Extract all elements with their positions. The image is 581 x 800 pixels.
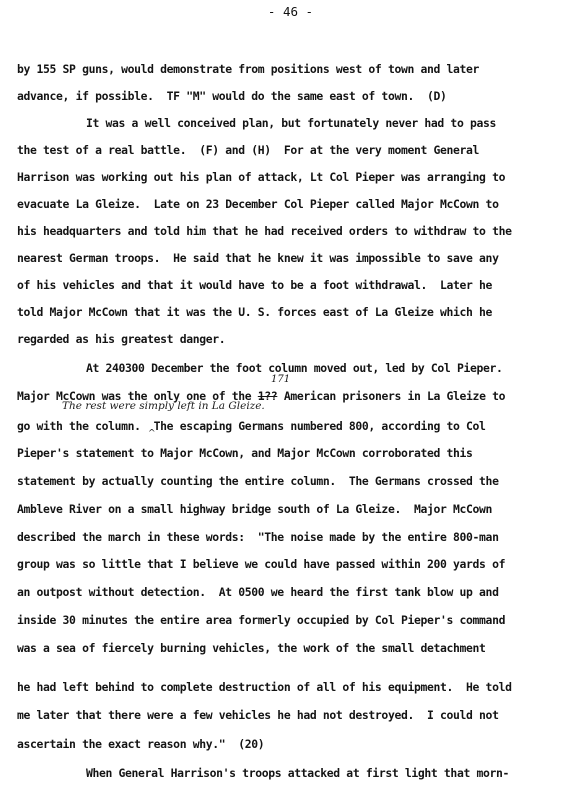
line-segment: American prisoners in La Gleize to — [277, 389, 505, 403]
handwritten-insert: The rest were simply left in La Gleize. — [62, 400, 265, 412]
text-line: Ambleve River on a small highway bridge … — [17, 502, 492, 516]
text-line: his headquarters and told him that he ha… — [17, 224, 512, 238]
text-line: statement by actually counting the entir… — [17, 474, 499, 488]
text-line: regarded as his greatest danger. — [17, 332, 225, 346]
text-line: by 155 SP guns, would demonstrate from p… — [17, 62, 479, 76]
text-line: inside 30 minutes the entire area former… — [17, 613, 505, 627]
paragraph-start-line: At 240300 December the foot column moved… — [86, 361, 503, 375]
text-line: advance, if possible. TF "M" would do th… — [17, 89, 447, 103]
text-line: group was so little that I believe we co… — [17, 557, 505, 571]
text-line: evacuate La Gleize. Late on 23 December … — [17, 197, 499, 211]
paragraph-start-line: It was a well conceived plan, but fortun… — [86, 116, 496, 130]
handwritten-number-correction: 171 — [271, 374, 290, 385]
text-line: ascertain the exact reason why." (20) — [17, 737, 264, 751]
document-page: - 46 - by 155 SP guns, would demonstrate… — [0, 0, 581, 800]
page-number: - 46 - — [0, 4, 581, 19]
text-line: told Major McCown that it was the U. S. … — [17, 305, 492, 319]
text-line: nearest German troops. He said that he k… — [17, 251, 499, 265]
text-line: go with the column. The escaping Germans… — [17, 419, 486, 433]
text-line: described the march in these words: "The… — [17, 530, 499, 544]
text-line: Pieper's statement to Major McCown, and … — [17, 446, 473, 460]
text-line: an outpost without detection. At 0500 we… — [17, 585, 499, 599]
text-line: was a sea of fiercely burning vehicles, … — [17, 641, 486, 655]
paragraph-start-line: When General Harrison's troops attacked … — [86, 766, 509, 780]
text-line: he had left behind to complete destructi… — [17, 680, 512, 694]
text-line: of his vehicles and that it would have t… — [17, 278, 492, 292]
text-line: the test of a real battle. (F) and (H) F… — [17, 143, 479, 157]
text-line: me later that there were a few vehicles … — [17, 708, 499, 722]
insert-caret: ^ — [148, 429, 156, 439]
text-line: Harrison was working out his plan of att… — [17, 170, 505, 184]
